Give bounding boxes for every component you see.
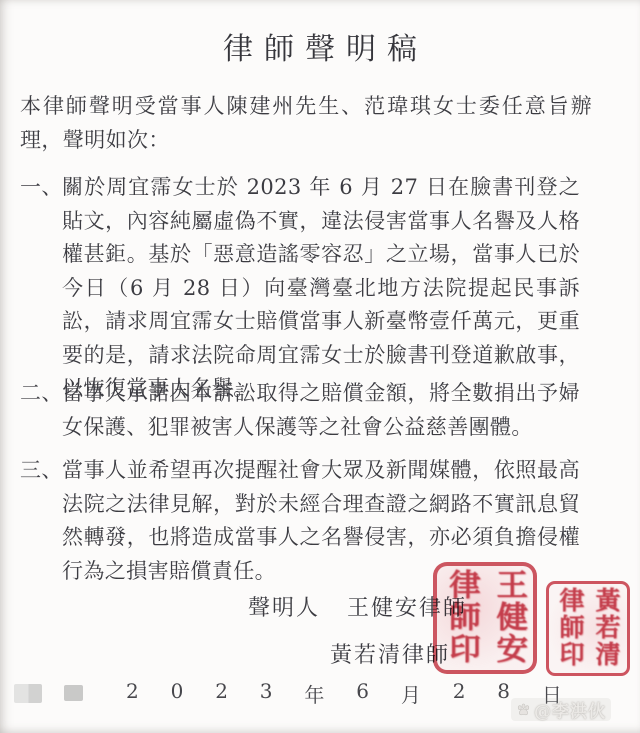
baidu-paw-icon xyxy=(516,702,531,717)
statement-item-2: 二、 當事人承諾因本訴訟取得之賠償金額，將全數捐出予婦女保護、犯罪被害人保護等之… xyxy=(20,377,580,444)
date-char: 月 xyxy=(401,679,421,708)
item-2-number: 二、 xyxy=(20,377,62,444)
date-line: 2 0 2 3 年 6 月 2 8 日 xyxy=(126,679,562,708)
huang-ruo-qing-lawyer-seal: 黃若清律師印 xyxy=(546,581,630,676)
date-char: 0 xyxy=(171,679,184,708)
date-char: 年 xyxy=(304,679,324,708)
declarant-label: 聲明人 xyxy=(248,591,320,622)
date-char: 2 xyxy=(453,679,466,708)
watermark-text: @李洪伙 xyxy=(534,697,606,722)
seal-2-text: 黃若清律師印 xyxy=(552,587,624,671)
date-char: 8 xyxy=(497,679,510,708)
date-char: 3 xyxy=(260,679,273,708)
document-title: 律師聲明稿 xyxy=(0,24,640,68)
item-2-text: 當事人承諾因本訴訟取得之賠償金額，將全數捐出予婦女保護、犯罪被害人保護等之社會公… xyxy=(62,377,580,444)
redacted-block-2 xyxy=(64,685,83,701)
date-char: 2 xyxy=(126,679,139,708)
intro-paragraph: 本律師聲明受當事人陳建州先生、范瑋琪女士委任意旨辦理，聲明如次： xyxy=(20,90,592,157)
item-3-number: 三、 xyxy=(20,454,62,588)
watermark-badge: @李洪伙 xyxy=(511,698,611,721)
date-char: 6 xyxy=(356,679,369,708)
item-1-text: 關於周宜霈女士於 2023 年 6 月 27 日在臉書刊登之貼文，內容純屬虛偽不… xyxy=(62,171,580,406)
item-1-number: 一、 xyxy=(20,171,62,406)
seal-1-text: 王健安律師印 xyxy=(438,569,533,667)
signature-row-2: 黃若清律師 xyxy=(330,638,450,669)
lawyer-statement-document: 律師聲明稿 本律師聲明受當事人陳建州先生、范瑋琪女士委任意旨辦理，聲明如次： 一… xyxy=(0,0,640,733)
statement-item-1: 一、 關於周宜霈女士於 2023 年 6 月 27 日在臉書刊登之貼文，內容純屬… xyxy=(20,171,580,406)
wang-jian-an-lawyer-seal: 王健安律師印 xyxy=(433,562,537,674)
signer-huang-ruo-qing: 黃若清律師 xyxy=(330,643,450,668)
date-char: 2 xyxy=(215,679,228,708)
redacted-block-1 xyxy=(14,684,42,703)
